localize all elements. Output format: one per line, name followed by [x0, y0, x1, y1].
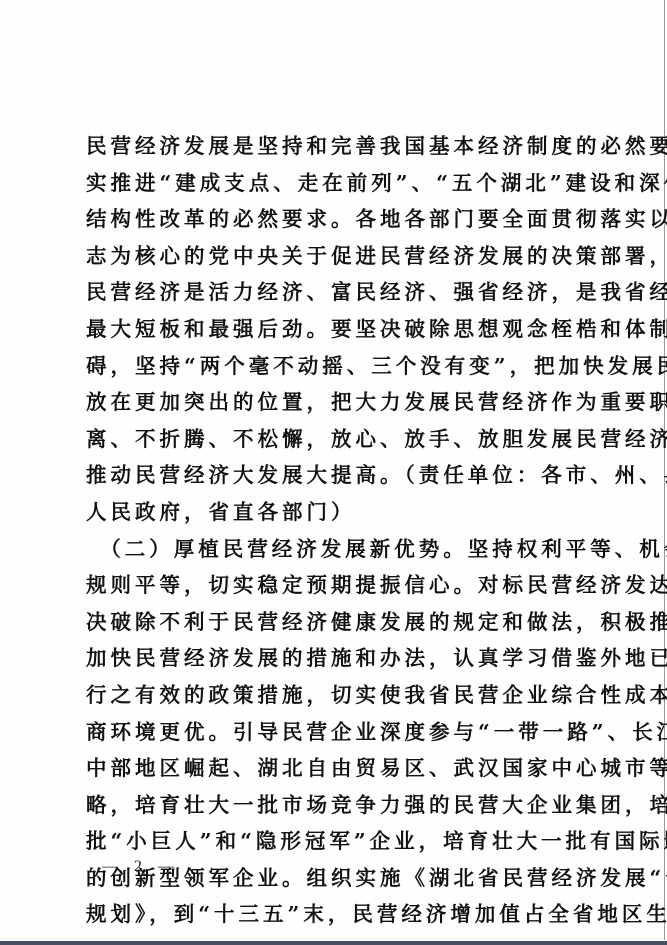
text-line: 最大短板和最强后劲。要坚决破除思想观念桎梏和体制机制障: [86, 311, 580, 348]
text-line: 志为核心的党中央关于促进民营经济发展的决策部署，充分认识: [86, 238, 580, 275]
section-heading-line: （二）厚植民营经济发展新优势。坚持权利平等、机会平等、: [86, 531, 580, 568]
body-text: 民营经济发展是坚持和完善我国基本经济制度的必然要求，是扎 实推进“建成支点、走在…: [86, 128, 580, 933]
text-line: 结构性改革的必然要求。各地各部门要全面贯彻落实以习近平同: [86, 201, 580, 238]
text-line: 民营经济发展是坚持和完善我国基本经济制度的必然要求，是扎: [86, 128, 580, 165]
text-line: 人民政府，省直各部门）: [86, 494, 580, 531]
text-line: 规划》，到“十三五”末，民营经济增加值占全省地区生产总值: [86, 896, 580, 933]
text-line: 离、不折腾、不松懈，放心、放手、放胆发展民营经济，全方位: [86, 421, 580, 458]
document-page: 民营经济发展是坚持和完善我国基本经济制度的必然要求，是扎 实推进“建成支点、走在…: [0, 0, 665, 940]
page-number: — 2 —: [102, 858, 180, 876]
text-line: 略，培育壮大一批市场竞争力强的民营大企业集团，培育壮大一: [86, 787, 580, 824]
window-bottom-edge: [0, 941, 667, 945]
text-line: 碍，坚持“两个毫不动摇、三个没有变”，把加快发展民营经济: [86, 348, 580, 385]
text-line: 批“小巨人”和“隐形冠军”企业，培育壮大一批有国际影响力: [86, 823, 580, 860]
text-line: 推动民营经济大发展大提高。（责任单位：各市、州、县党委和: [86, 457, 580, 494]
text-line: 加快民营经济发展的措施和办法，认真学习借鉴外地已经实行且: [86, 640, 580, 677]
text-line: 规则平等，切实稳定预期提振信心。对标民营经济发达省份，坚: [86, 567, 580, 604]
text-line: 行之有效的政策措施，切实使我省民营企业综合性成本更低，营: [86, 677, 580, 714]
text-line: 放在更加突出的位置，把大力发展民营经济作为重要职责，不偏: [86, 384, 580, 421]
text-line: 商环境更优。引导民营企业深度参与“一带一路”、长江经济带、: [86, 714, 580, 751]
text-line: 民营经济是活力经济、富民经济、强省经济，是我省经济发展的: [86, 274, 580, 311]
text-line: 中部地区崛起、湖北自由贸易区、武汉国家中心城市等国家战: [86, 750, 580, 787]
text-line: 决破除不利于民营经济健康发展的规定和做法，积极推行有利于: [86, 604, 580, 641]
text-line: 实推进“建成支点、走在前列”、“五个湖北”建设和深化供给侧: [86, 165, 580, 202]
